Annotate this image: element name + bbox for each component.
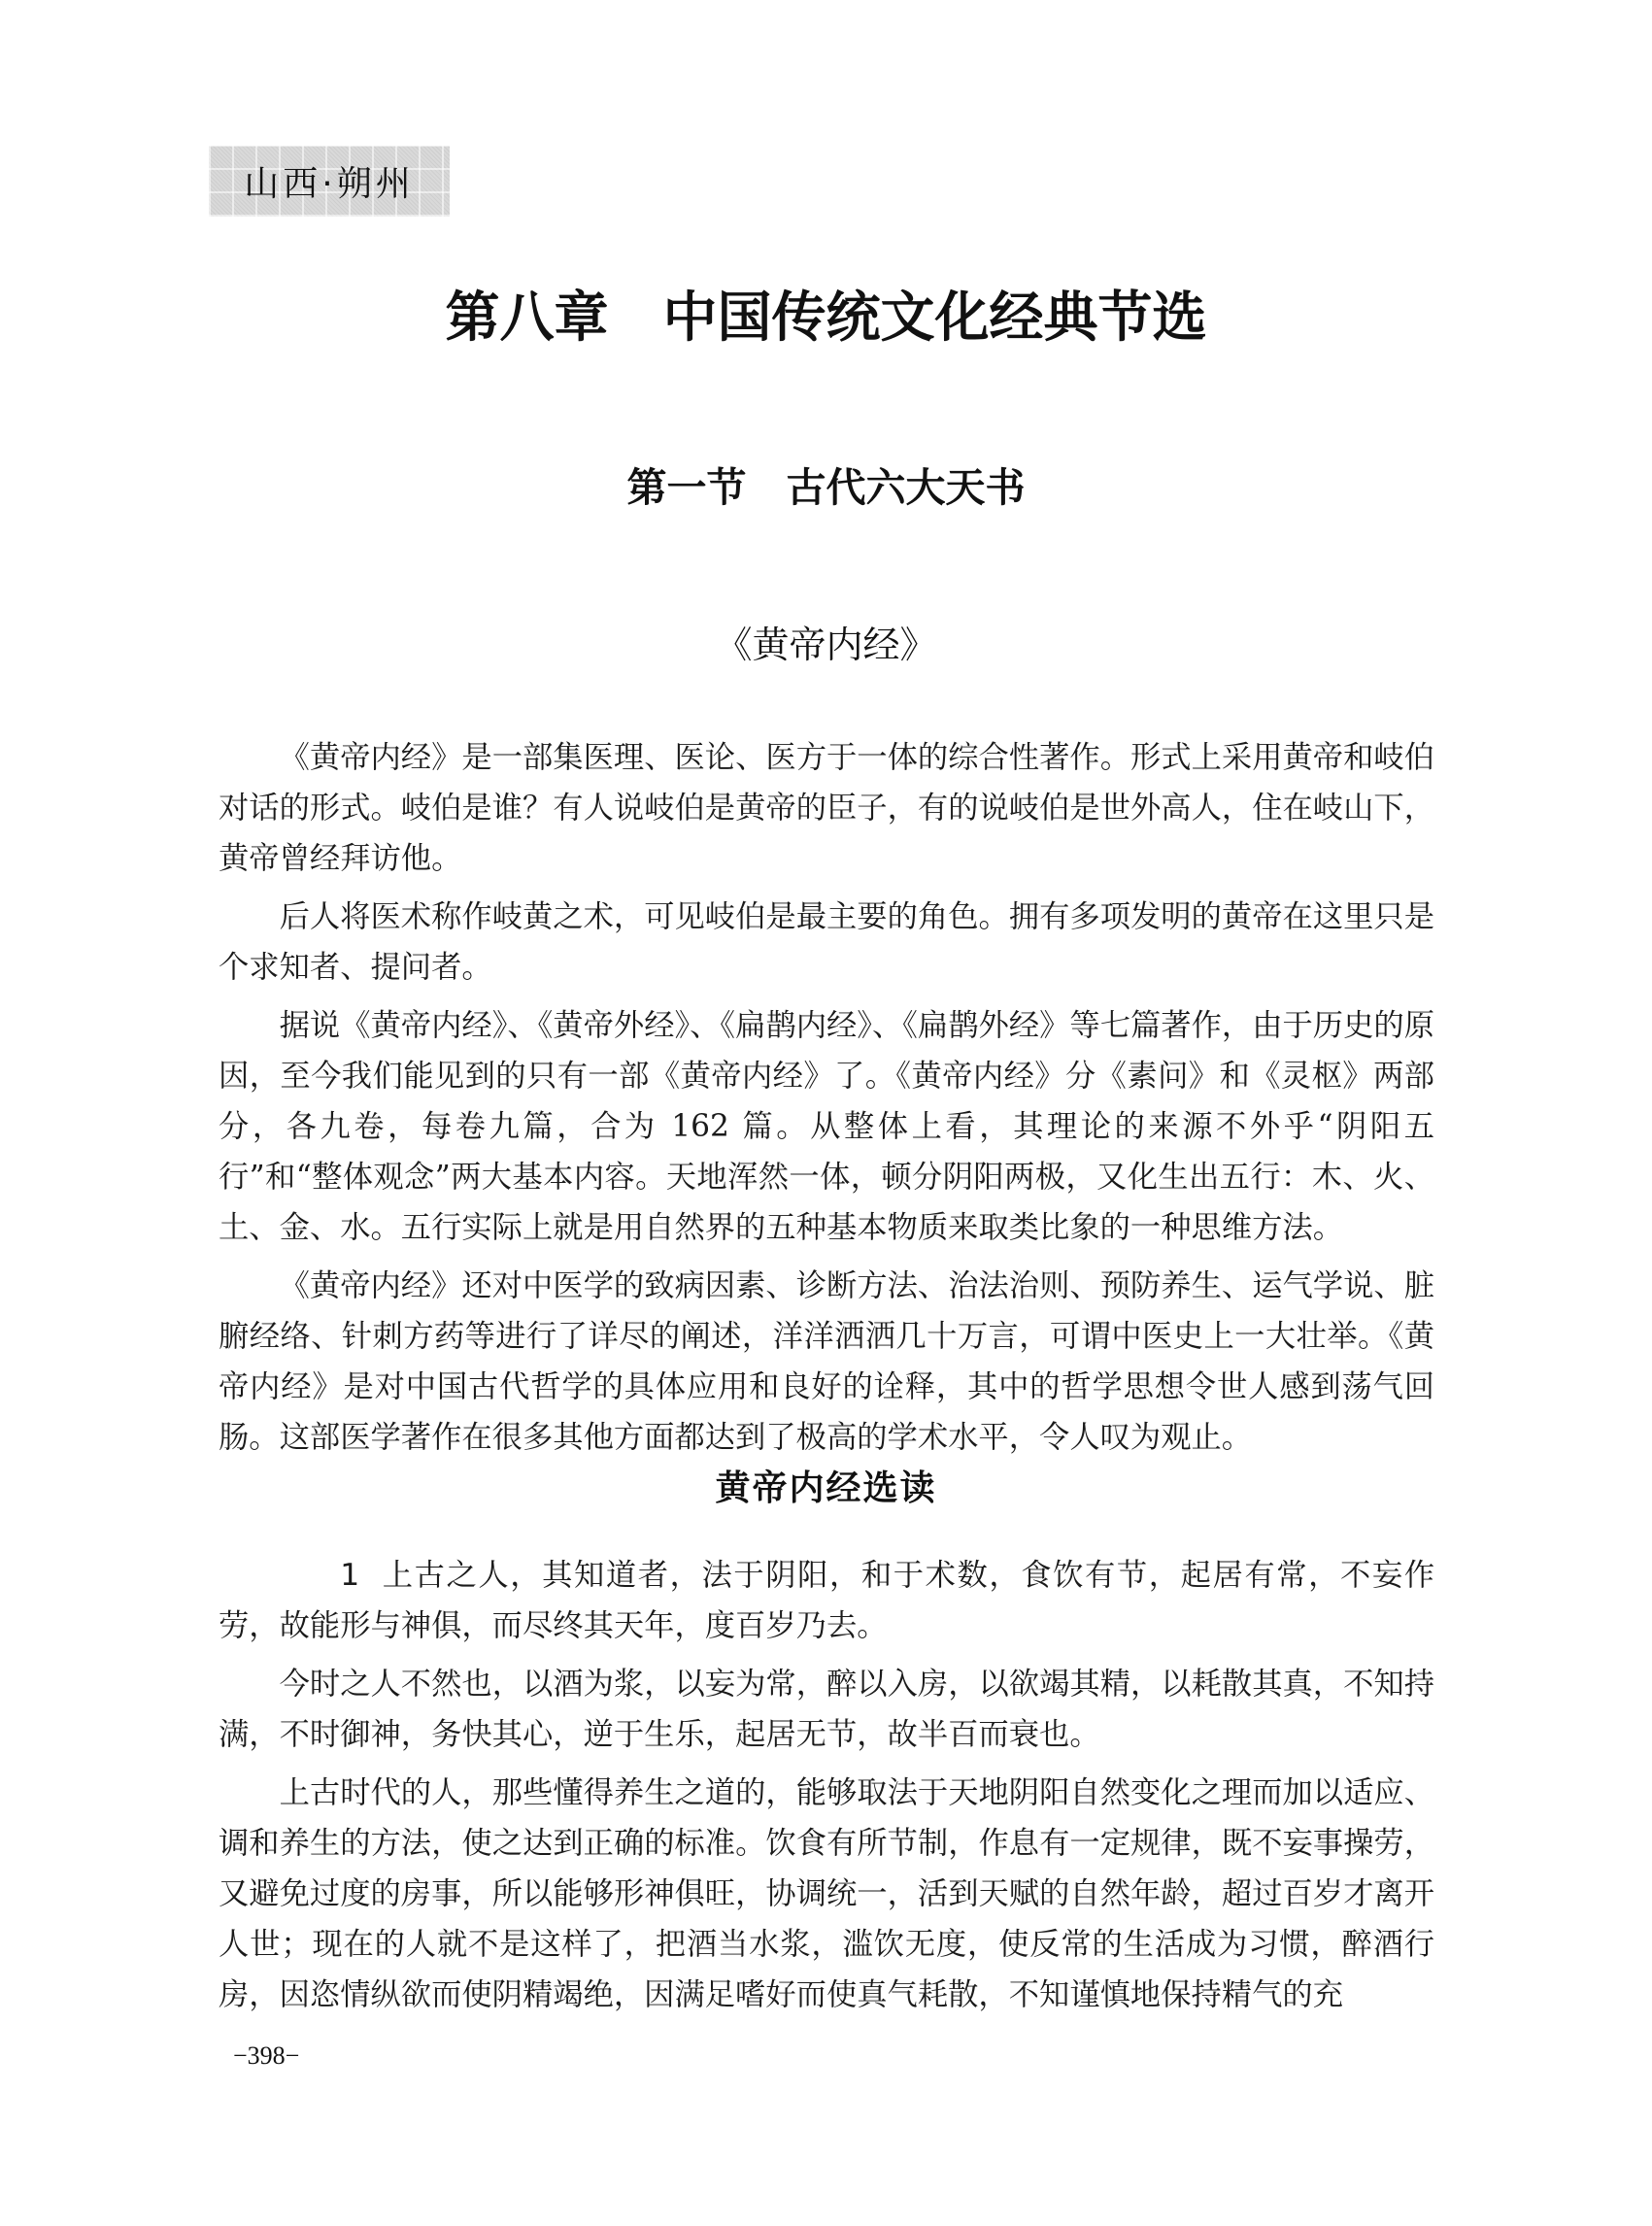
reading-paragraph: 上古时代的人，那些懂得养生之道的，能够取法于天地阴阳自然变化之理而加以适应、调和…	[219, 1768, 1434, 2020]
intro-text: 《黄帝内经》是一部集医理、医论、医方于一体的综合性著作。形式上采用黄帝和岐伯对话…	[219, 732, 1434, 1463]
section-title: 第一节 古代六大天书	[0, 462, 1652, 513]
intro-paragraph: 后人将医术称作岐黄之术，可见岐伯是最主要的角色。拥有多项发明的黄帝在这里只是个求…	[219, 892, 1434, 993]
item-number: 1	[280, 1550, 360, 1601]
reading-paragraph-text: 上古之人，其知道者，法于阴阳，和于术数，食饮有节，起居有常，不妄作劳，故能形与神…	[219, 1558, 1434, 1643]
reading-text: 1上古之人，其知道者，法于阴阳，和于术数，食饮有节，起居有常，不妄作劳，故能形与…	[219, 1550, 1434, 2020]
chapter-title: 第八章 中国传统文化经典节选	[0, 284, 1652, 352]
reading-paragraph: 1上古之人，其知道者，法于阴阳，和于术数，食饮有节，起居有常，不妄作劳，故能形与…	[219, 1550, 1434, 1651]
intro-paragraph: 《黄帝内经》还对中医学的致病因素、诊断方法、治法治则、预防养生、运气学说、脏腑经…	[219, 1261, 1434, 1463]
region-header-tag: 山西·朔州	[209, 146, 450, 217]
page-number: −398−	[233, 2040, 299, 2073]
reading-title: 黄帝内经选读	[0, 1465, 1652, 1511]
reading-paragraph: 今时之人不然也，以酒为浆，以妄为常，醉以入房，以欲竭其精，以耗散其真，不知持满，…	[219, 1659, 1434, 1760]
intro-paragraph: 《黄帝内经》是一部集医理、医论、医方于一体的综合性著作。形式上采用黄帝和岐伯对话…	[219, 732, 1434, 884]
book-title: 《黄帝内经》	[0, 622, 1652, 668]
region-label: 山西·朔州	[244, 156, 414, 206]
intro-paragraph: 据说《黄帝内经》、《黄帝外经》、《扁鹊内经》、《扁鹊外经》等七篇著作，由于历史的…	[219, 1000, 1434, 1253]
